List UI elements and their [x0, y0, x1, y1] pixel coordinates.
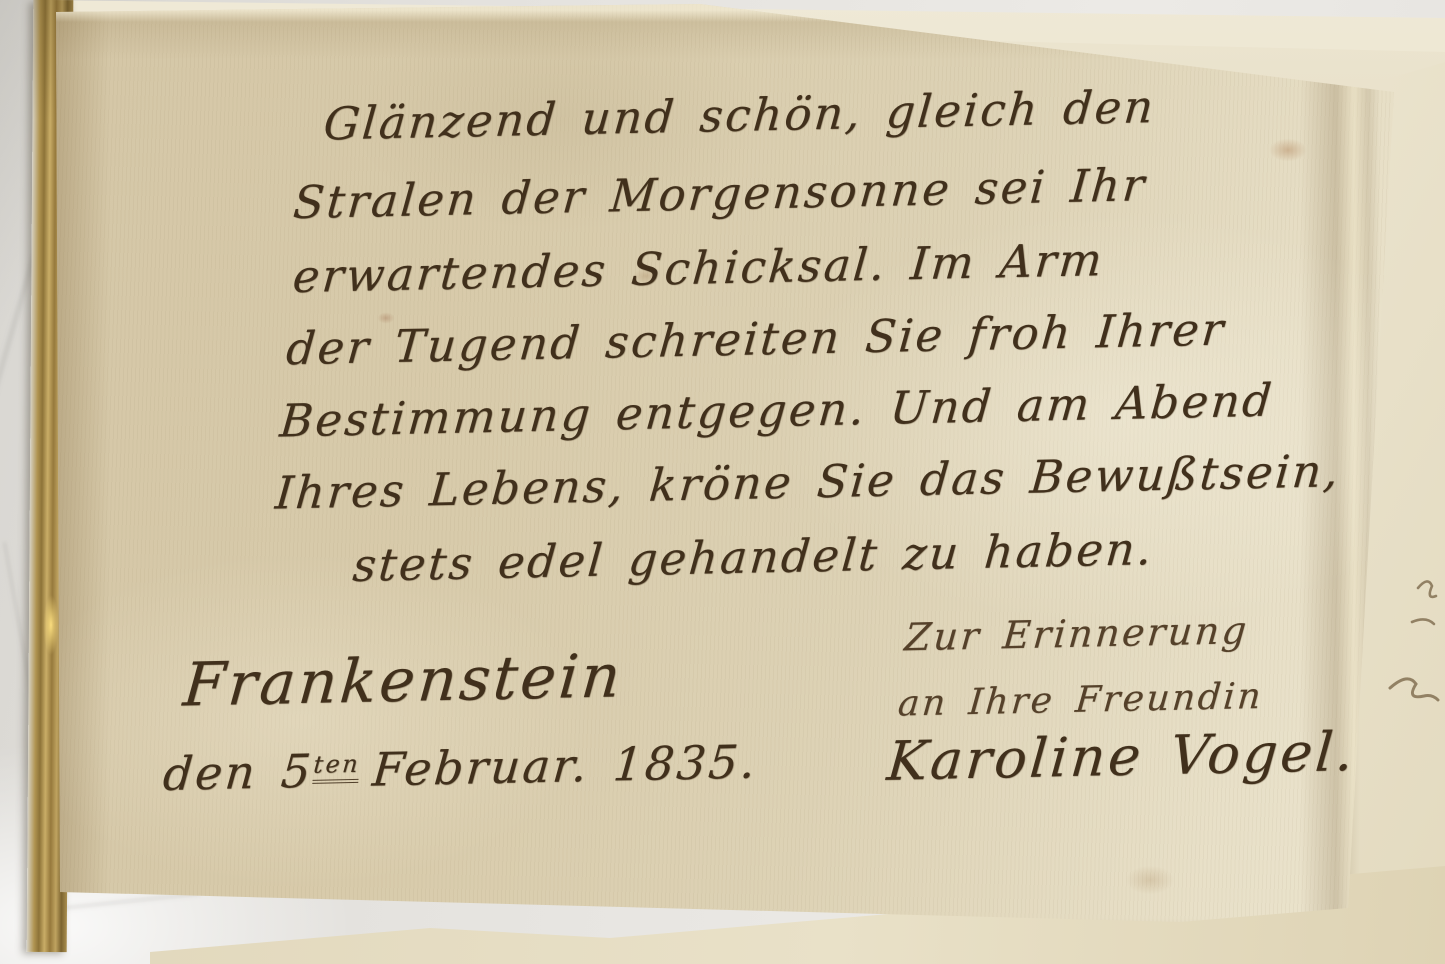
verse-line-6: Ihres Lebens, kröne Sie das Bewußtsein, [273, 444, 1342, 519]
date-line: den 5tenFebruar. 1835. [161, 734, 760, 801]
verse-line-3: erwartendes Schicksal. Im Arm [291, 233, 1107, 303]
dedication-line-1: Zur Erinnerung [903, 608, 1251, 659]
date-prefix: den 5 [161, 744, 315, 801]
verse-line-7: stets edel gehandelt zu haben. [351, 522, 1156, 592]
dedication-line-2: an Ihre Freundin [896, 676, 1264, 725]
date-ordinal-superscript: ten [312, 750, 361, 784]
verse-line-5: Bestimmung entgegen. Und am Abend [278, 374, 1276, 448]
signature-line: Karoline Vogel. [885, 720, 1359, 793]
date-rest: Februar. 1835. [370, 734, 759, 796]
handwriting-layer: Glänzend und schön, gleich den Stralen d… [0, 0, 1445, 964]
photo-of-manuscript: Glänzend und schön, gleich den Stralen d… [0, 0, 1445, 964]
place-line: Frankenstein [181, 641, 626, 720]
verse-line-4: der Tugend schreiten Sie froh Ihrer [284, 303, 1227, 376]
verse-line-1: Glänzend und schön, gleich den [322, 80, 1158, 151]
verse-line-2: Stralen der Morgensonne sei Ihr [291, 158, 1148, 229]
